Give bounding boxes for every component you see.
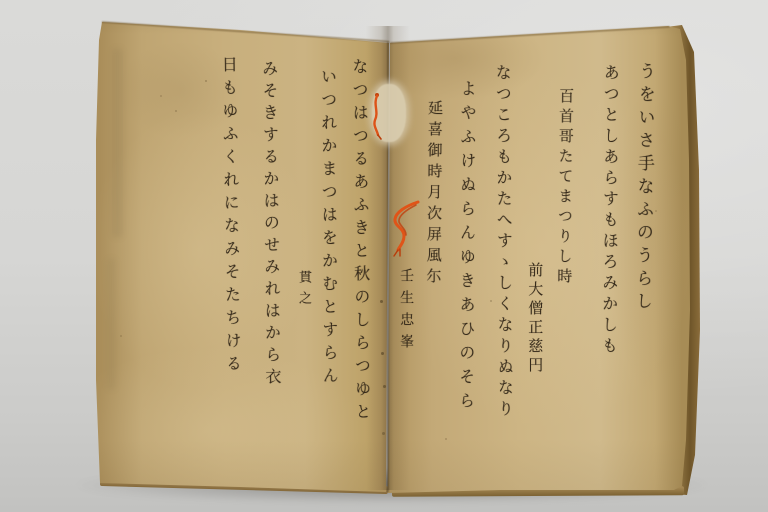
poem-column-r6: よやふけぬらんゆきあひのそら xyxy=(456,80,476,416)
showthrough-mark xyxy=(112,48,123,238)
binding-stitch-holes xyxy=(380,300,383,303)
photo-scene: うをいさ手なふのうらし あつとしあらすもほろみかしも 百首哥たてまつりし時 前大… xyxy=(0,0,768,512)
headnote-column-hyakushu: 百首哥たてまつりし時 xyxy=(555,88,574,288)
attribution-jien: 前大僧正慈円 xyxy=(526,262,543,376)
poem-column-l4: みそきするかはのせみれはから衣 xyxy=(259,60,281,390)
poem-column-l5: 日もゆふくれになみそたちける xyxy=(219,56,242,378)
poem-column-r2: あつとしあらすもほろみかしも xyxy=(599,64,619,358)
poem-column-r5: なつころもかたへすゝしくなりぬなり xyxy=(493,64,514,421)
poem-column-r1: うをいさ手なふのうらし xyxy=(631,62,654,315)
foxing-speckles xyxy=(205,80,207,82)
headnote-column-engi: 延喜御時月次屏風尓 xyxy=(424,100,443,289)
attribution-tadamine: 壬生忠峯 xyxy=(398,268,414,356)
poem-column-l2: いつれかまつはをかむとすらん xyxy=(318,68,338,390)
attribution-tsurayuki: 貫之 xyxy=(295,270,310,312)
showthrough-mark xyxy=(107,258,116,390)
binding-thread-bottom xyxy=(388,198,424,258)
binding-thread-top xyxy=(368,90,392,142)
